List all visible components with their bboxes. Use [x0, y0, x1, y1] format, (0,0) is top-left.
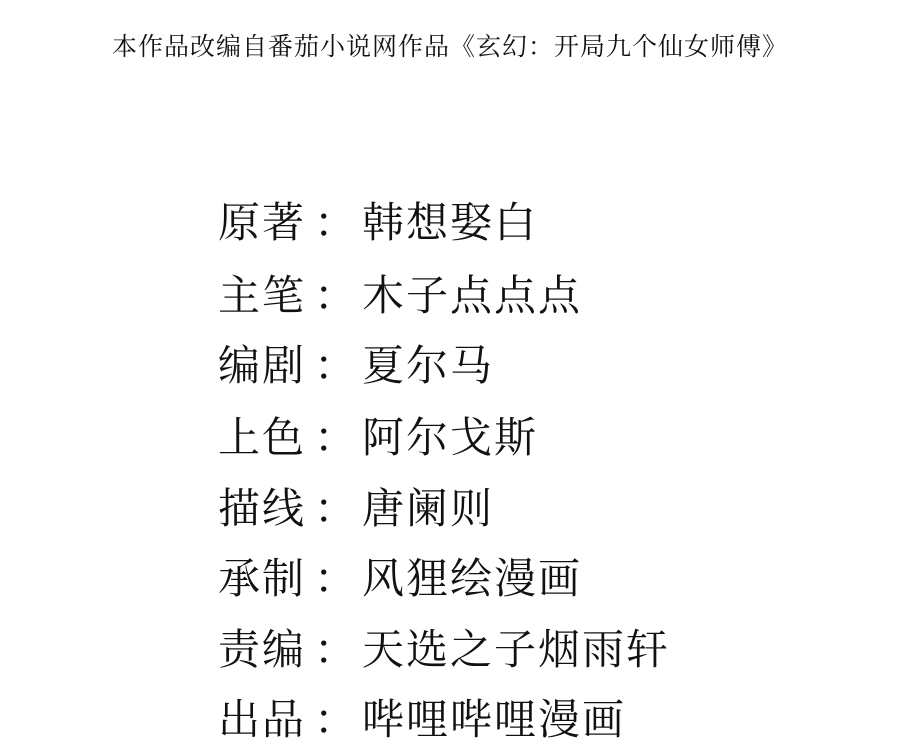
adaptation-notice: 本作品改编自番茄小说网作品《玄幻：开局九个仙女师傅》: [0, 30, 900, 64]
credit-name: 风狸绘漫画: [362, 554, 582, 604]
credit-colon: ：: [314, 271, 362, 321]
credit-name: 哔哩哔哩漫画: [362, 695, 626, 738]
credit-role: 主笔: [218, 271, 314, 321]
credit-name: 天选之子烟雨轩: [362, 625, 670, 675]
credit-name: 阿尔戈斯: [362, 413, 538, 463]
credit-row-colorist: 上色：阿尔戈斯: [218, 413, 538, 463]
credit-row-screenwriter: 编剧：夏尔马: [218, 341, 494, 391]
credit-colon: ：: [314, 198, 362, 248]
credit-colon: ：: [314, 554, 362, 604]
credit-colon: ：: [314, 484, 362, 534]
credit-name: 唐阑则: [362, 484, 494, 534]
credit-row-production-studio: 承制：风狸绘漫画: [218, 554, 582, 604]
credit-role: 承制: [218, 554, 314, 604]
credit-row-editor: 责编：天选之子烟雨轩: [218, 625, 670, 675]
credit-role: 编剧: [218, 341, 314, 391]
credit-row-line-artist: 描线：唐阑则: [218, 484, 494, 534]
credit-colon: ：: [314, 695, 362, 738]
credit-role: 描线: [218, 484, 314, 534]
credit-colon: ：: [314, 341, 362, 391]
credit-row-original-author: 原著：韩想娶白: [218, 198, 538, 248]
credit-row-publisher: 出品：哔哩哔哩漫画: [218, 695, 626, 738]
credit-name: 夏尔马: [362, 341, 494, 391]
credit-role: 上色: [218, 413, 314, 463]
credit-name: 韩想娶白: [362, 198, 538, 248]
credit-colon: ：: [314, 625, 362, 675]
credit-name: 木子点点点: [362, 271, 582, 321]
credit-role: 原著: [218, 198, 314, 248]
credit-role: 责编: [218, 625, 314, 675]
credit-colon: ：: [314, 413, 362, 463]
credit-role: 出品: [218, 695, 314, 738]
credit-row-lead-artist: 主笔：木子点点点: [218, 271, 582, 321]
